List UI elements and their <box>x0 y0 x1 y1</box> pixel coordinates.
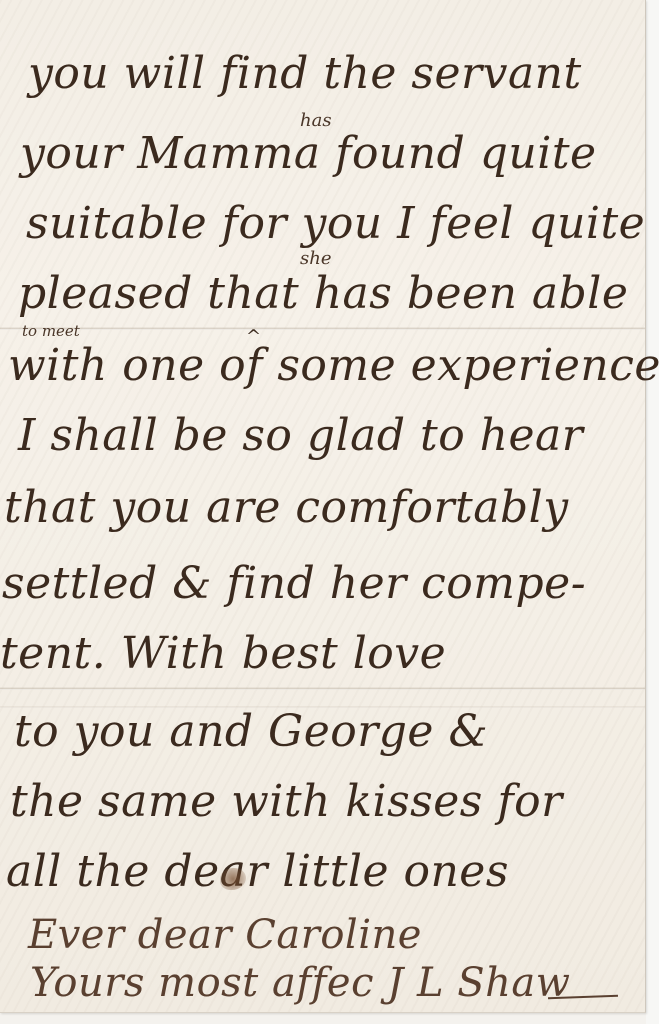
paper-fold-line <box>0 687 645 690</box>
scan-background-edge <box>646 0 659 1024</box>
letter-line-8: settled & find her compe- <box>2 558 586 609</box>
letter-line-11: the same with kisses for <box>10 776 563 827</box>
letter-line-4: pleased that has been able <box>18 268 628 319</box>
interlinear-insertion-she: she <box>300 248 331 269</box>
letter-line-1: you will find the servant <box>28 48 582 99</box>
letter-page: you will find the servant has your Mamma… <box>0 0 646 1013</box>
letter-line-5: with one of some experience <box>8 340 659 391</box>
letter-line-6: I shall be so glad to hear <box>18 410 583 461</box>
letter-line-2: your Mamma found quite <box>20 128 597 179</box>
letter-line-10: to you and George & <box>14 706 488 757</box>
closing-signature-line: Yours most affec J L Shaw <box>30 960 571 1006</box>
letter-line-12: all the dear little ones <box>6 846 509 897</box>
letter-line-7: that you are comfortably <box>4 482 569 533</box>
paper-fold-line <box>0 327 645 330</box>
salutation-line: Ever dear Caroline <box>28 912 422 958</box>
letter-line-3: suitable for you I feel quite <box>26 198 645 249</box>
interlinear-insertion-to-meet: to meet <box>22 322 80 340</box>
letter-line-9: tent. With best love <box>0 628 446 679</box>
